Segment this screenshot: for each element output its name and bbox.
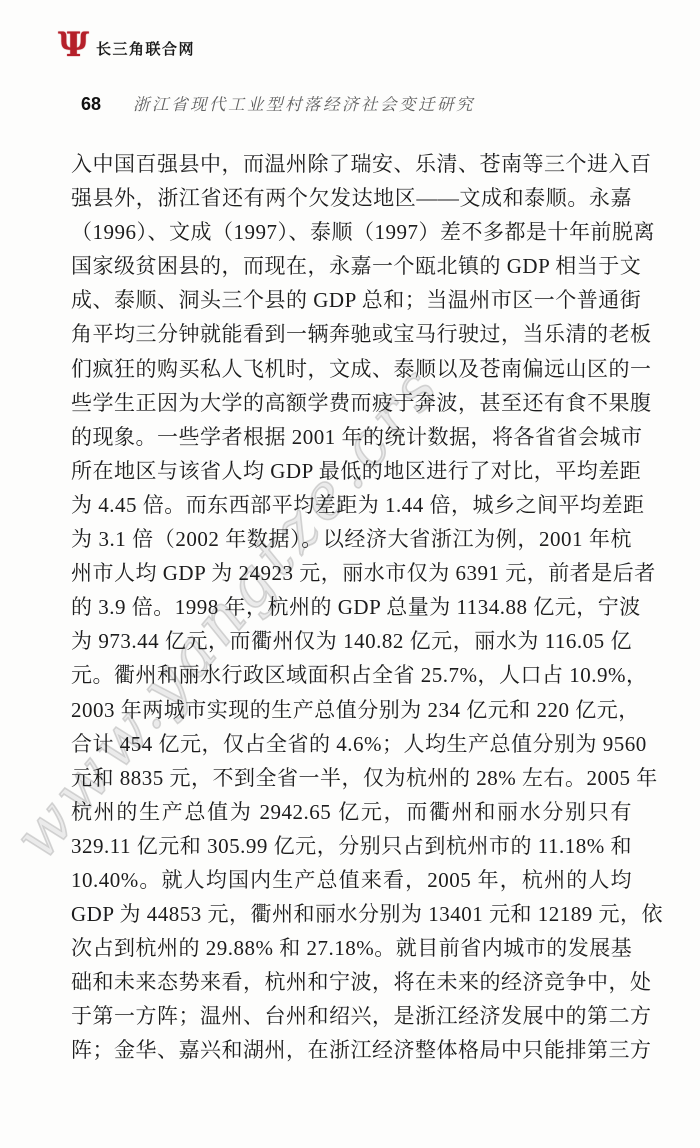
page-number: 68 xyxy=(81,94,101,115)
body-text-line: 国家级贫困县的，而现在，永嘉一个瓯北镇的 GDP 相当于文 xyxy=(71,251,632,285)
body-text-line: 阵；金华、嘉兴和湖州，在浙江经济整体格局中只能排第三方 xyxy=(71,1035,632,1069)
body-text-line: 的现象。一些学者根据 2001 年的统计数据，将各省省会城市 xyxy=(71,422,632,456)
body-text-line: 所在地区与该省人均 GDP 最低的地区进行了对比，平均差距 xyxy=(71,456,632,490)
site-logo: Ψ 长三角联合网 xyxy=(58,28,195,62)
body-text-line: 角平均三分钟就能看到一辆奔驰或宝马行驶过，当乐清的老板 xyxy=(71,319,632,353)
psi-logo-icon: Ψ xyxy=(58,28,89,62)
body-text-line: 强县外，浙江省还有两个欠发达地区——文成和泰顺。永嘉 xyxy=(71,183,632,217)
body-text-line: 次占到杭州的 29.88% 和 27.18%。就目前省内城市的发展基 xyxy=(71,933,632,967)
body-text-line: GDP 为 44853 元，衢州和丽水分别为 13401 元和 12189 元，… xyxy=(71,899,632,933)
running-title: 浙江省现代工业型村落经济社会变迁研究 xyxy=(133,91,475,115)
scanned-book-page: www.yangtze.crs Ψ 长三角联合网 68 浙江省现代工业型村落经济… xyxy=(0,0,700,1148)
site-name-label: 长三角联合网 xyxy=(96,32,195,59)
body-text-line: 为 3.1 倍（2002 年数据）。以经济大省浙江为例，2001 年杭 xyxy=(71,524,632,558)
body-text-line: 于第一方阵；温州、台州和绍兴，是浙江经济发展中的第二方 xyxy=(71,1001,632,1035)
body-text-line: 的 3.9 倍。1998 年，杭州的 GDP 总量为 1134.88 亿元，宁波 xyxy=(71,592,632,626)
body-text-line: 元和 8835 元，不到全省一半，仅为杭州的 28% 左右。2005 年 xyxy=(71,763,632,797)
body-text-line: 成、泰顺、洞头三个县的 GDP 总和；当温州市区一个普通街 xyxy=(71,285,632,319)
body-text-line: 杭州的生产总值为 2942.65 亿元，而衢州和丽水分别只有 xyxy=(71,797,632,831)
body-text-line: 2003 年两城市实现的生产总值分别为 234 亿元和 220 亿元， xyxy=(71,695,632,729)
body-text-line: 些学生正因为大学的高额学费而疲于奔波，甚至还有食不果腹 xyxy=(71,388,632,422)
running-header: 68 浙江省现代工业型村落经济社会变迁研究 xyxy=(81,91,475,115)
body-text-line: 合计 454 亿元，仅占全省的 4.6%；人均生产总值分别为 9560 xyxy=(71,729,632,763)
body-text-line: 础和未来态势来看，杭州和宁波，将在未来的经济竞争中，处 xyxy=(71,967,632,1001)
body-text-line: 元。衢州和丽水行政区域面积占全省 25.7%，人口占 10.9%， xyxy=(71,660,632,694)
body-paragraph: 入中国百强县中，而温州除了瑞安、乐清、苍南等三个进入百强县外，浙江省还有两个欠发… xyxy=(71,149,632,1070)
body-text-line: 10.40%。就人均国内生产总值来看，2005 年，杭州的人均 xyxy=(71,865,632,899)
body-text-line: 州市人均 GDP 为 24923 元，丽水市仅为 6391 元，前者是后者 xyxy=(71,558,632,592)
body-text-line: 为 973.44 亿元，而衢州仅为 140.82 亿元，丽水为 116.05 亿 xyxy=(71,626,632,660)
body-text-line: 为 4.45 倍。而东西部平均差距为 1.44 倍，城乡之间平均差距 xyxy=(71,490,632,524)
body-text-line: 们疯狂的购买私人飞机时，文成、泰顺以及苍南偏远山区的一 xyxy=(71,354,632,388)
body-text-line: （1996）、文成（1997）、泰顺（1997）差不多都是十年前脱离 xyxy=(71,217,632,251)
body-text-line: 329.11 亿元和 305.99 亿元，分别只占到杭州市的 11.18% 和 xyxy=(71,831,632,865)
body-text-line: 入中国百强县中，而温州除了瑞安、乐清、苍南等三个进入百 xyxy=(71,149,632,183)
